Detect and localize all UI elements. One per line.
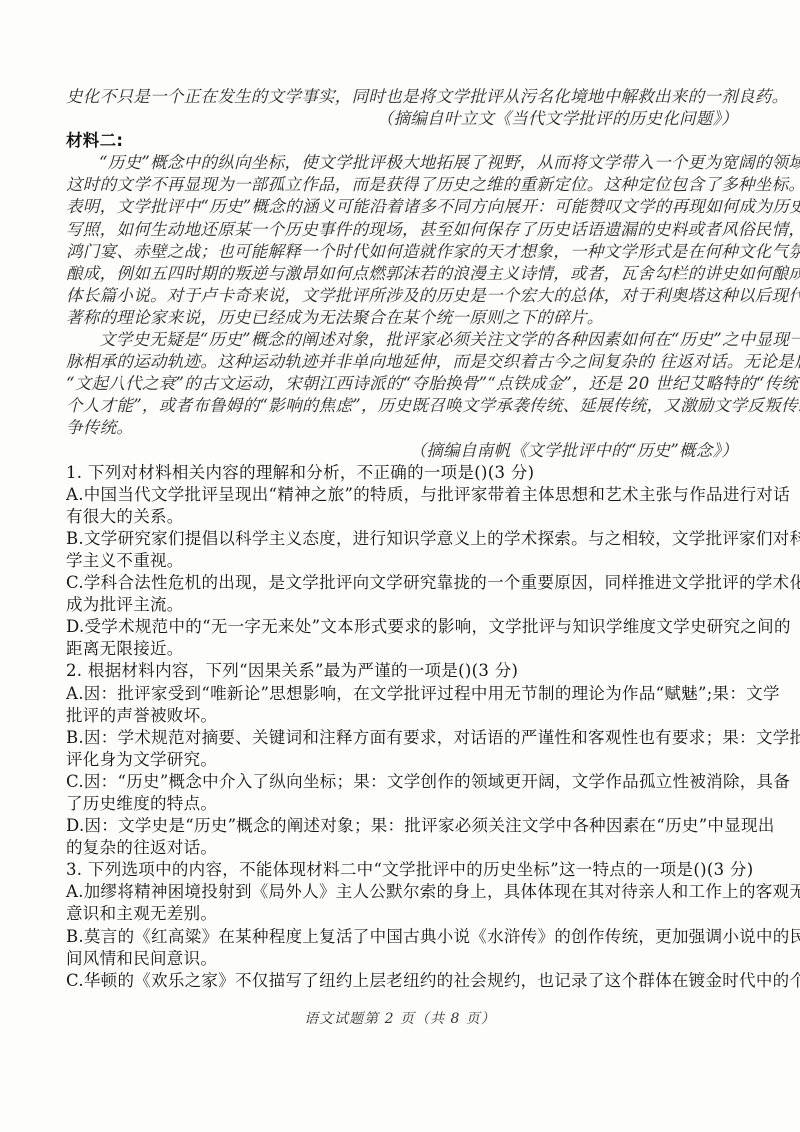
text-line-passage: “历史”概念中的纵向坐标，使文学批评极大地拓展了视野，从而将文学带入一个更为宽阔… bbox=[66, 152, 738, 174]
page-content: 史化不只是一个正在发生的文学事实，同时也是将文学批评从污名化境地中解救出来的一剂… bbox=[66, 86, 738, 992]
text-line-option-cont: 间风情和民间意识。 bbox=[66, 948, 738, 970]
text-line-passage: 表明，文学批评中“历史”概念的涵义可能沿着诸多不同方向展开：可能赞叹文学的再现如… bbox=[66, 196, 738, 218]
text-line-passage: 脉相承的运动轨迹。这种运动轨迹并非单向地延伸，而是交织着古今之间复杂的 往返对话… bbox=[66, 351, 738, 373]
text-line-option: C.学科合法性危机的出现，是文学批评向文学研究靠拢的一个重要原因，同样推进文学批… bbox=[66, 572, 738, 594]
text-line-option-cont: 学主义不重视。 bbox=[66, 550, 738, 572]
exam-paper-page: 史化不只是一个正在发生的文学事实，同时也是将文学批评从污名化境地中解救出来的一剂… bbox=[0, 0, 800, 1132]
text-line-passage: 体长篇小说。对于卢卡奇来说，文学批评所涉及的历史是一个宏大的总体，对于利奥塔这种… bbox=[66, 285, 738, 307]
text-line-passage: 写照，如何生动地还原某一个历史事件的现场，甚至如何保存了历史话语遗漏的史料或者风… bbox=[66, 219, 738, 241]
text-line-option-cont: 批评的声誉被败坏。 bbox=[66, 705, 738, 727]
text-line-option: B.文学研究家们提倡以科学主义态度，进行知识学意义上的学术探索。与之相较，文学批… bbox=[66, 528, 738, 550]
text-line-option-cont: 的复杂的往返对话。 bbox=[66, 837, 738, 859]
text-line-question: 3. 下列选项中的内容，不能体现材料二中“文学批评中的历史坐标”这一特点的一项是… bbox=[66, 859, 738, 881]
text-line-option-cont: 距离无限接近。 bbox=[66, 638, 738, 660]
text-line-passage: 著称的理论家来说，历史已经成为无法聚合在某个统一原则之下的碎片。 bbox=[66, 307, 738, 329]
text-line-option-cont: 意识和主观无差别。 bbox=[66, 903, 738, 925]
text-line-attribution: （摘编自南帆《文学批评中的“历史”概念》） bbox=[66, 440, 738, 462]
text-line-option: A.中国当代文学批评呈现出“精神之旅”的特质，与批评家带着主体思想和艺术主张与作… bbox=[66, 484, 738, 506]
text-line-question: 1. 下列对材料相关内容的理解和分析，不正确的一项是()(3 分) bbox=[66, 462, 738, 484]
text-line-option: B.因：学术规范对摘要、关键词和注释方面有要求，对话语的严谨性和客观性也有要求；… bbox=[66, 727, 738, 749]
text-line-option: C.华顿的《欢乐之家》不仅描写了纽约上层老纽约的社会规约，也记录了这个群体在镀金… bbox=[66, 970, 738, 992]
text-line-heading: 材料二: bbox=[66, 130, 738, 152]
text-line-passage: 个人才能”，或者布鲁姆的“影响的焦虑”，历史既召唤文学承袭传统、延展传统，又激励… bbox=[66, 395, 738, 417]
page-footer: 语文试题第 2 页（共 8 页） bbox=[0, 1008, 800, 1028]
text-line-option: D.受学术规范中的“无一字无来处”文本形式要求的影响，文学批评与知识学维度文学史… bbox=[66, 616, 738, 638]
text-line-attribution: （摘编自叶立文《当代文学批评的历史化问题》） bbox=[66, 108, 738, 130]
text-line-option-cont: 有很大的关系。 bbox=[66, 506, 738, 528]
text-line-option: A.加缪将精神困境投射到《局外人》主人公默尔索的身上，具体体现在其对待亲人和工作… bbox=[66, 881, 738, 903]
text-line-passage: 这时的文学不再显现为一部孤立作品，而是获得了历史之维的重新定位。这种定位包含了多… bbox=[66, 174, 738, 196]
text-line-passage: “文起八代之衰”的古文运动，宋朝江西诗派的“夺胎换骨”“点铁成金”，还是 20 … bbox=[66, 373, 738, 395]
text-line-option-cont: 了历史维度的特点。 bbox=[66, 793, 738, 815]
text-line-question: 2. 根据材料内容，下列“因果关系”最为严谨的一项是()(3 分) bbox=[66, 660, 738, 682]
text-line-passage: 文学史无疑是“历史”概念的阐述对象，批评家必须关注文学的各种因素如何在“历史”之… bbox=[66, 329, 738, 351]
text-line-option: A.因：批评家受到“唯新论”思想影响，在文学批评过程中用无节制的理论为作品“赋魅… bbox=[66, 683, 738, 705]
text-line-passage: 鸿门宴、赤壁之战；也可能解释一个时代如何造就作家的天才想象，一种文学形式是在何种… bbox=[66, 241, 738, 263]
text-line-option-cont: 评化身为文学研究。 bbox=[66, 749, 738, 771]
text-line-option-cont: 成为批评主流。 bbox=[66, 594, 738, 616]
text-line-option: B.莫言的《红高粱》在某种程度上复活了中国古典小说《水浒传》的创作传统，更加强调… bbox=[66, 926, 738, 948]
text-line-passage: 史化不只是一个正在发生的文学事实，同时也是将文学批评从污名化境地中解救出来的一剂… bbox=[66, 86, 738, 108]
text-line-option: D.因：文学史是“历史”概念的阐述对象；果：批评家必须关注文学中各种因素在“历史… bbox=[66, 815, 738, 837]
text-line-passage: 酿成，例如五四时期的叛逆与激昂如何点燃郭沫若的浪漫主义诗情，或者，瓦舍勾栏的讲史… bbox=[66, 263, 738, 285]
text-line-passage: 争传统。 bbox=[66, 417, 738, 439]
text-line-option: C.因：“历史”概念中介入了纵向坐标；果：文学创作的领域更开阔，文学作品孤立性被… bbox=[66, 771, 738, 793]
